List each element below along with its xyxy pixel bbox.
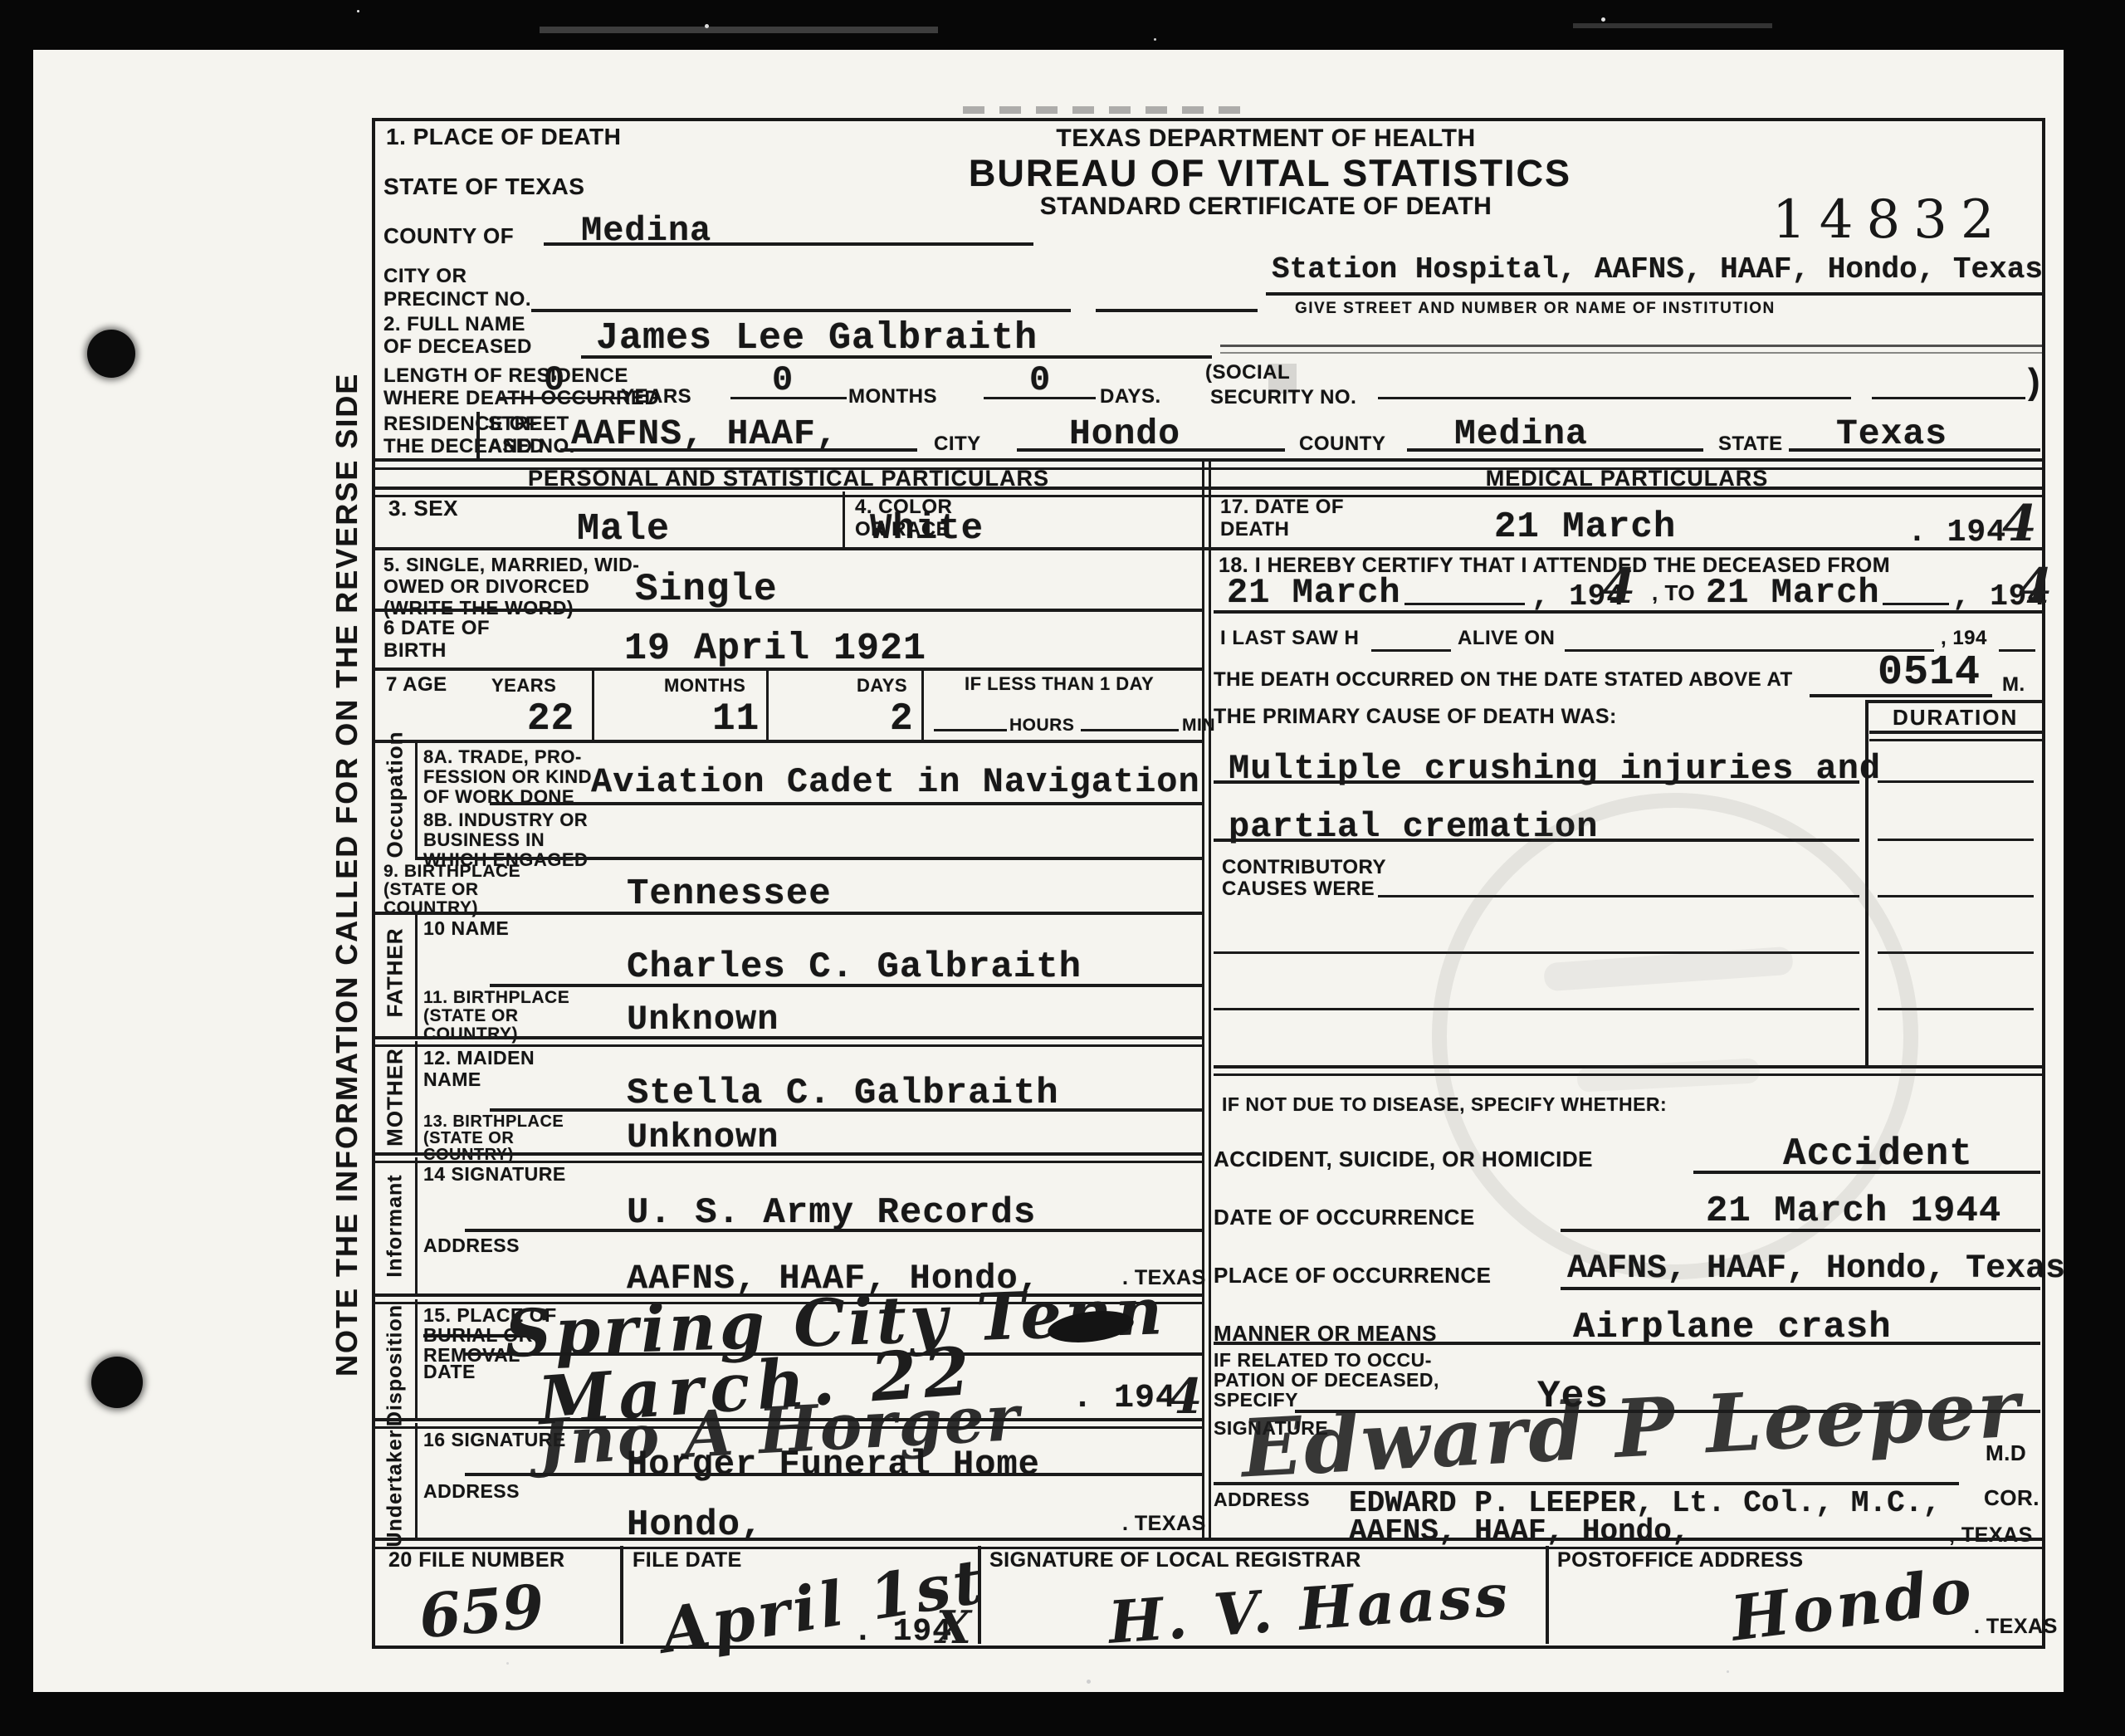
to-label: , TO (1652, 581, 1695, 605)
age-less-label: IF LESS THAN 1 DAY (965, 674, 1154, 694)
accident-label: ACCIDENT, SUICIDE, OR HOMICIDE (1214, 1147, 1593, 1171)
rule (934, 729, 1007, 731)
scan-edge-top (0, 0, 2125, 50)
disposition-year-hand: 4 (1169, 1368, 1202, 1425)
age-months-label: MONTHS (664, 676, 745, 696)
marital-label: 5. SINGLE, MARRIED, WID- (383, 555, 639, 575)
group-divider (415, 1423, 418, 1538)
occurred-label: THE DEATH OCCURRED ON THE DATE STATED AB… (1214, 669, 1793, 691)
fullname-label: OF DECEASED (383, 336, 532, 358)
divider (1546, 1546, 1549, 1644)
undertaker-addr-label: ADDRESS (423, 1481, 520, 1502)
mother-maiden-label: NAME (423, 1069, 481, 1090)
rule (1378, 397, 1851, 399)
birthplace-label: (STATE OR (383, 880, 479, 899)
rule (1220, 352, 2044, 354)
father-bp-label: (STATE OR (423, 1006, 519, 1025)
rule-double (372, 1152, 1202, 1163)
registrar-label: SIGNATURE OF LOCAL REGISTRAR (989, 1549, 1361, 1572)
age-days-label: DAYS (857, 676, 907, 696)
divider (476, 412, 480, 458)
father-name-value: Charles C. Galbraith (627, 946, 1082, 988)
father-bp-value: Unknown (627, 1000, 779, 1039)
group-divider (415, 1157, 418, 1293)
postoffice-state-label: . TEXAS (1974, 1616, 2058, 1639)
rule (1810, 694, 1992, 697)
age-label: 7 AGE (386, 674, 447, 696)
place-occurrence-value: AAFNS, HAAF, Hondo, Texas (1567, 1250, 2065, 1288)
scan-edge-bottom (0, 1692, 2125, 1736)
rule (1693, 1171, 2040, 1174)
rule (1220, 345, 2044, 347)
residence-length-label: LENGTH OF RESIDENCE (383, 365, 628, 387)
rule (1404, 603, 1525, 605)
disposition-date-label: DATE (423, 1362, 476, 1382)
rule-double (372, 1036, 1202, 1047)
age-months-value: 11 (712, 697, 760, 741)
residence-days-value: 0 (1029, 360, 1051, 400)
death-date-year-hand: 4 (2002, 495, 2037, 553)
county-label2: COUNTY (1299, 433, 1385, 455)
attended-to-year-hand: 4 (2019, 558, 2052, 614)
occupation-a-label: 8A. TRADE, PRO- (423, 747, 582, 767)
rule (1878, 839, 2034, 841)
city-label: CITY (934, 433, 981, 455)
contributory-label: CONTRIBUTORY (1222, 857, 1386, 878)
punch-hole (87, 330, 135, 378)
occupation-value: Aviation Cadet in Navigation (591, 762, 1200, 802)
rule (415, 857, 1202, 860)
rule (372, 740, 1202, 743)
file-number-label: 20 FILE NUMBER (388, 1549, 565, 1572)
birth-value: 19 April 1921 (624, 628, 926, 670)
undertaker-group-label: Undertaker (383, 1422, 408, 1555)
rule-double (1869, 731, 2044, 741)
rule (531, 309, 1071, 312)
mother-maiden-label: 12. MAIDEN (423, 1048, 535, 1068)
attended-from-year-hand: 4 (1602, 558, 1635, 614)
rule (372, 912, 1202, 915)
group-divider (415, 1299, 418, 1418)
informant-sig-label: 14 SIGNATURE (423, 1164, 566, 1185)
undertaker-firm-value: Horger Funeral Home (627, 1445, 1040, 1484)
place-of-death-label: 1. PLACE OF DEATH (386, 125, 621, 150)
fullname-value: James Lee Galbraith (596, 317, 1038, 359)
scan-streak (540, 27, 938, 33)
birth-label: BIRTH (383, 640, 447, 662)
lastsaw-year: , 194 (1941, 628, 1987, 649)
sex-value: Male (577, 508, 670, 550)
city-precinct-label: PRECINCT NO. (383, 289, 531, 311)
rule (1214, 1482, 1959, 1485)
rule (1789, 448, 2040, 452)
rule (984, 397, 1096, 399)
sex-label: 3. SEX (388, 496, 458, 521)
street-label: AND NO. (488, 436, 575, 457)
punch-hole (91, 1357, 143, 1408)
rule (1081, 729, 1179, 731)
occupation-a-label: FESSION OR KIND (423, 767, 592, 787)
cor-label: COR. (1984, 1486, 2040, 1510)
scan-specks (357, 10, 359, 12)
accident-value: Accident (1783, 1132, 1973, 1176)
institution-caption: GIVE STREET AND NUMBER OR NAME OF INSTIT… (1295, 301, 1776, 318)
father-name-label: 10 NAME (423, 918, 509, 939)
years-label: YEARS (621, 386, 691, 408)
rule (465, 1473, 1202, 1476)
rule (1561, 1229, 2040, 1232)
margin-note: NOTE THE INFORMATION CALLED FOR ON THE R… (330, 389, 364, 1377)
file-date-label: FILE DATE (633, 1549, 742, 1572)
rule (1017, 448, 1285, 452)
rule (1214, 610, 2044, 614)
rule-double (372, 487, 2042, 497)
rule (1096, 309, 1258, 312)
rule (1872, 397, 2025, 399)
birthplace-label: 9. BIRTHPLACE (383, 862, 520, 881)
birthplace-value: Tennessee (627, 873, 832, 915)
rule (490, 1108, 1202, 1112)
file-date-year-hand: X (936, 1601, 971, 1654)
rule (372, 668, 1202, 671)
divider (921, 668, 924, 740)
standard-title: STANDARD CERTIFICATE OF DEATH (938, 193, 1594, 220)
group-divider (415, 1041, 418, 1152)
divider (620, 1546, 623, 1644)
informant-sig-value: U. S. Army Records (627, 1192, 1036, 1234)
scan-edge-left (0, 0, 33, 1736)
paren-close: ) (2028, 362, 2040, 402)
father-bp-label: 11. BIRTHPLACE (423, 988, 569, 1007)
postoffice-label: POSTOFFICE ADDRESS (1557, 1549, 1804, 1572)
marital-value: Single (635, 568, 778, 611)
lastsaw-label: I LAST SAW H (1220, 628, 1359, 649)
rule (465, 1229, 1202, 1232)
rule (498, 397, 618, 399)
occupation-b-label: BUSINESS IN (423, 830, 545, 850)
group-divider (415, 912, 418, 1036)
divider (843, 491, 845, 547)
m-label: M. (2002, 674, 2025, 696)
attended-from-value: 21 March (1227, 573, 1401, 613)
file-number-value: 659 (417, 1571, 547, 1652)
group-divider (415, 740, 418, 857)
months-label: MONTHS (848, 386, 937, 408)
undertaker-state-label: . TEXAS (1122, 1513, 1206, 1536)
institution-value: Station Hospital, AAFNS, HAAF, Hondo, Te… (1272, 252, 2043, 286)
min-label: MIN (1182, 716, 1215, 735)
scan-smudge (1268, 364, 1297, 394)
state-of-texas-label: STATE OF TEXAS (383, 174, 584, 200)
scan-streak (1573, 23, 1772, 28)
lastsaw-label2: ALIVE ON (1458, 628, 1555, 649)
death-date-label: DEATH (1220, 519, 1289, 540)
mother-bp-value: Unknown (627, 1117, 779, 1157)
informant-group-label: Informant (383, 1164, 408, 1289)
death-date-value: 21 March (1494, 506, 1676, 548)
rule (1214, 780, 1859, 784)
city-precinct-label: CITY OR (383, 266, 467, 287)
death-date-year: . 194 (1908, 515, 2006, 550)
date-occurrence-value: 21 March 1944 (1706, 1191, 2001, 1232)
marital-label: OWED OR DIVORCED (383, 576, 589, 597)
scan-streak (963, 106, 1253, 114)
mother-group-label: MOTHER (383, 1041, 408, 1154)
rule (1407, 448, 1703, 452)
rule (1878, 895, 2034, 897)
fullname-label: 2. FULL NAME (383, 314, 525, 335)
contributory-label: CAUSES WERE (1222, 878, 1375, 900)
mother-bp-label: (STATE OR (423, 1129, 514, 1147)
residence-months-value: 0 (772, 360, 794, 400)
certificate-number: 14832 (1772, 189, 2008, 251)
primary-cause-label: THE PRIMARY CAUSE OF DEATH WAS: (1214, 706, 1617, 729)
rule (372, 547, 2044, 550)
hours-label: HOURS (1009, 716, 1074, 735)
rule (1865, 700, 2044, 703)
disposition-group-label: Disposition (383, 1299, 408, 1432)
md-label: M.D (1986, 1441, 2026, 1465)
disposition-year: . 194 (1072, 1380, 1176, 1417)
rule (560, 448, 917, 452)
scan-edge-right (2075, 0, 2125, 1736)
age-days-value: 2 (890, 697, 914, 741)
place-occurrence-label: PLACE OF OCCURRENCE (1214, 1264, 1492, 1288)
rule (372, 609, 1202, 612)
rule (544, 242, 1033, 246)
rule (581, 355, 1212, 359)
ifnot-label: IF NOT DUE TO DISEASE, SPECIFY WHETHER: (1222, 1094, 1667, 1115)
rule (730, 397, 847, 399)
column-divider (1202, 458, 1204, 1539)
street-label: STREET (488, 413, 569, 435)
rule (1883, 603, 1949, 605)
occupation-group-label: Occupation (383, 742, 408, 858)
column-divider (1209, 458, 1211, 1539)
rule (1999, 649, 2035, 652)
divider (766, 668, 769, 740)
rule (490, 802, 1202, 805)
rule (1214, 1342, 2040, 1345)
rule (1561, 1287, 2040, 1290)
age-years-label: YEARS (491, 676, 556, 696)
duration-label: DURATION (1893, 706, 2018, 730)
date-occurrence-label: DATE OF OCCURRENCE (1214, 1205, 1475, 1230)
death-date-label: 17. DATE OF (1220, 496, 1344, 518)
rule (1266, 292, 2044, 296)
birth-label: 6 DATE OF (383, 618, 490, 639)
county-label: COUNTY OF (383, 224, 514, 248)
scanned-death-certificate: NOTE THE INFORMATION CALLED FOR ON THE R… (0, 0, 2125, 1736)
divider (592, 668, 594, 740)
physician-addr-label: ADDRESS (1214, 1489, 1310, 1510)
rule (1878, 780, 2034, 783)
dept-title: TEXAS DEPARTMENT OF HEALTH (946, 125, 1585, 152)
father-group-label: FATHER (383, 919, 408, 1027)
bureau-title: BUREAU OF VITAL STATISTICS (905, 153, 1635, 194)
age-years-value: 22 (527, 697, 574, 741)
attended-to-value: 21 March (1706, 573, 1880, 613)
related-label: IF RELATED TO OCCU- (1214, 1350, 1432, 1371)
days-label: DAYS. (1100, 386, 1161, 408)
related-label: PATION OF DECEASED, (1214, 1370, 1439, 1391)
death-time-value: 0514 (1878, 649, 1981, 697)
occupation-b-label: 8B. INDUSTRY OR (423, 810, 588, 830)
rule (490, 984, 1202, 987)
informant-addr-label: ADDRESS (423, 1235, 520, 1256)
residence-years-value: 0 (544, 360, 565, 400)
rule (1371, 649, 1451, 652)
state-label: STATE (1718, 433, 1783, 455)
mother-bp-label: 13. BIRTHPLACE (423, 1113, 564, 1131)
color-value: White (870, 508, 984, 550)
